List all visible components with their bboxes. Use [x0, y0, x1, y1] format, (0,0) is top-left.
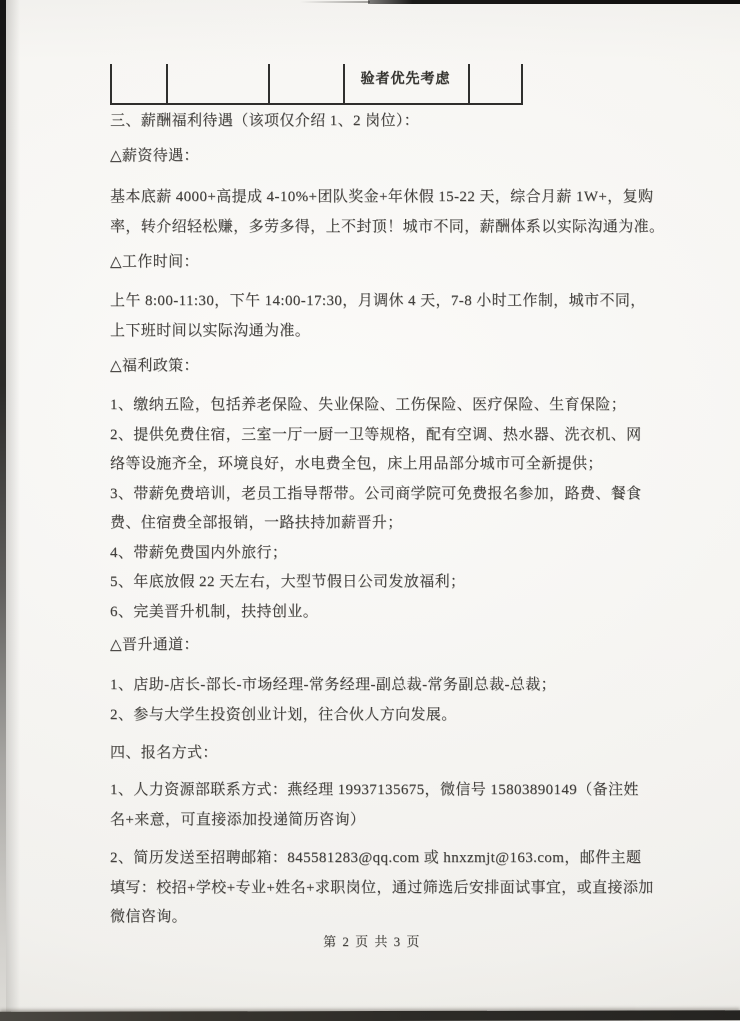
- text-line: 名+来意，可直接添加投递简历咨询）: [110, 806, 634, 836]
- text-line: 上午 8:00-11:30，下午 14:00-17:30，月调休 4 天，7-8…: [110, 287, 634, 317]
- list-item-line: 1、缴纳五险，包括养老保险、失业保险、工伤保险、医疗保险、生育保险；: [110, 391, 634, 421]
- worktime-paragraph: 上午 8:00-11:30，下午 14:00-17:30，月调休 4 天，7-8…: [110, 287, 634, 346]
- page-number-footer: 第 2 页 共 3 页: [110, 931, 634, 950]
- welfare-heading-block: △福利政策：: [110, 352, 634, 382]
- table-fragment: 验者优先考虑: [110, 64, 523, 105]
- promotion-list: 1、店助-店长-部长-市场经理-常务经理-副总裁-常务副总裁-总裁； 2、参与大…: [110, 671, 634, 730]
- list-item-line: 4、带薪免费国内外旅行；: [110, 539, 634, 569]
- table-column-line: [468, 64, 470, 103]
- list-item-line: 6、完美晋升机制，扶持创业。: [110, 598, 634, 628]
- subsection-heading: △工作时间：: [110, 248, 634, 278]
- subsection-heading: △晋升通道：: [110, 631, 634, 661]
- section-heading: 三、薪酬福利待遇（该项仅介绍 1、2 岗位）：: [110, 107, 634, 137]
- text-line: 基本底薪 4000+高提成 4-10%+团队奖金+年休假 15-22 天，综合月…: [110, 183, 634, 213]
- scan-edge-bottom: [0, 1010, 740, 1021]
- email-paragraph: 2、简历发送至招聘邮箱：845581283@qq.com 或 hnxzmjt@1…: [110, 844, 634, 933]
- section-4-heading-block: 四、报名方式：: [110, 739, 634, 769]
- table-column-line: [268, 64, 270, 103]
- text-line: 填写：校招+学校+专业+姓名+求职岗位，通过筛选后安排面试事宜，或直接添加: [110, 874, 634, 904]
- salary-paragraph: 基本底薪 4000+高提成 4-10%+团队奖金+年休假 15-22 天，综合月…: [110, 183, 634, 242]
- text-line: 上下班时间以实际沟通为准。: [110, 317, 634, 347]
- table-column-line: [110, 64, 112, 103]
- section-3-heading-block: 三、薪酬福利待遇（该项仅介绍 1、2 岗位）：: [110, 107, 634, 137]
- scanned-document-page: 验者优先考虑 三、薪酬福利待遇（该项仅介绍 1、2 岗位）： △薪资待遇： 基本…: [0, 0, 740, 1021]
- text-line: 微信咨询。: [110, 903, 634, 933]
- contact-paragraph: 1、人力资源部联系方式：燕经理 19937135675，微信号 15803890…: [110, 776, 634, 835]
- text-line: 1、人力资源部联系方式：燕经理 19937135675，微信号 15803890…: [110, 776, 634, 806]
- scan-edge-top-faint: [300, 1, 370, 3]
- list-item-line: 络等设施齐全，环境良好，水电费全包，床上用品部分城市可全新提供；: [110, 450, 634, 480]
- promotion-heading-block: △晋升通道：: [110, 631, 634, 661]
- scan-edge-left-shadow: [6, 0, 20, 1012]
- worktime-heading-block: △工作时间：: [110, 248, 634, 278]
- list-item-line: 1、店助-店长-部长-市场经理-常务经理-副总裁-常务副总裁-总裁；: [110, 671, 634, 701]
- welfare-list: 1、缴纳五险，包括养老保险、失业保险、工伤保险、医疗保险、生育保险； 2、提供免…: [110, 391, 634, 627]
- subsection-heading: △福利政策：: [110, 352, 634, 382]
- subsection-heading: △薪资待遇：: [110, 142, 634, 172]
- text-line: 2、简历发送至招聘邮箱：845581283@qq.com 或 hnxzmjt@1…: [110, 844, 634, 874]
- list-item-line: 2、提供免费住宿，三室一厅一厨一卫等规格，配有空调、热水器、洗衣机、网: [110, 421, 634, 451]
- section-heading: 四、报名方式：: [110, 739, 634, 769]
- list-item-line: 费、住宿费全部报销，一路扶持加薪晋升；: [110, 509, 634, 539]
- list-item-line: 3、带薪免费培训，老员工指导帮带。公司商学院可免费报名参加，路费、餐食: [110, 480, 634, 510]
- list-item-line: 5、年底放假 22 天左右，大型节假日公司发放福利；: [110, 568, 634, 598]
- scan-edge-top: [368, 0, 740, 4]
- text-line: 率，转介绍轻松赚，多劳多得，上不封顶！城市不同，薪酬体系以实际沟通为准。: [110, 213, 634, 243]
- salary-heading-block: △薪资待遇：: [110, 142, 634, 172]
- table-column-line: [521, 64, 523, 103]
- table-column-line: [166, 64, 168, 103]
- list-item-line: 2、参与大学生投资创业计划，往合伙人方向发展。: [110, 701, 634, 731]
- table-cell-text: 验者优先考虑: [343, 68, 468, 88]
